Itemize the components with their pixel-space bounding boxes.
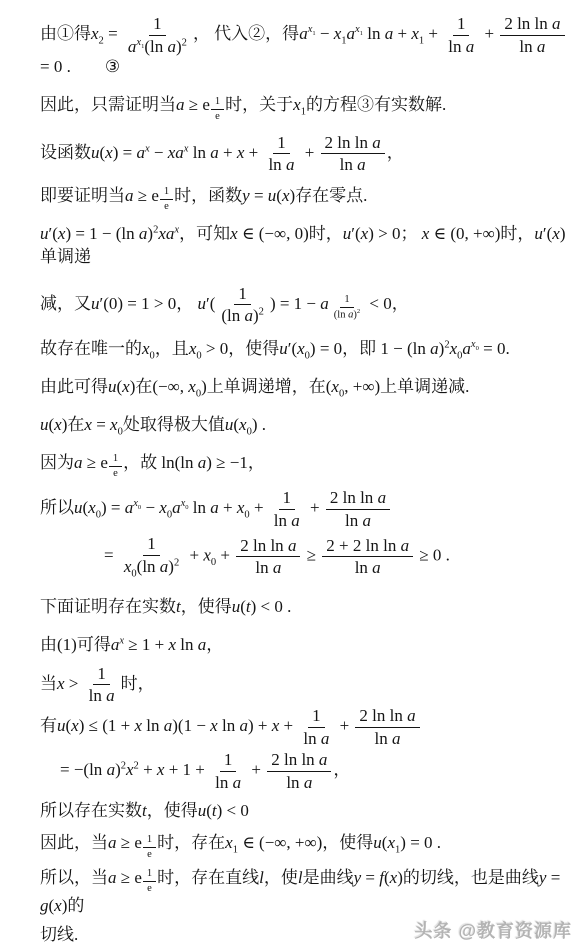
- math-line-20: 所以，当a ≥ e1e时，存在直线l，使l是曲线y = f(x)的切线，也是曲线…: [40, 867, 574, 918]
- math-line-5: u′(x) = 1 − (ln a)2xax，可知x ∈ (−∞, 0)时，u′…: [40, 223, 574, 267]
- math-line-11: 所以u(x0) = ax0 − x0ax0 ln a + x0 + 1ln a …: [40, 488, 574, 530]
- math-line-12: = 1x0(ln a)2 + x0 + 2 ln ln aln a ≥ 2 + …: [40, 534, 574, 579]
- math-line-16: 有u(x) ≤ (1 + x ln a)(1 − x ln a) + x + 1…: [40, 706, 574, 748]
- math-line-10: 因为a ≥ e1e，故 ln(ln a) ≥ −1，: [40, 452, 574, 481]
- math-line-4: 即要证明当a ≥ e1e时，函数y = u(x)存在零点.: [40, 185, 574, 214]
- math-line-13: 下面证明存在实数t，使得u(t) < 0 .: [40, 596, 574, 618]
- math-line-19: 因此，当a ≥ e1e时，存在x1 ∈ (−∞, +∞)，使得u(x1) = 0…: [40, 832, 574, 861]
- math-line-17: = −(ln a)2x2 + x + 1 + 1ln a + 2 ln ln a…: [40, 750, 574, 792]
- math-line-15: 当x > 1ln a时，: [40, 664, 574, 706]
- math-line-3: 设函数u(x) = ax − xax ln a + x + 1ln a + 2 …: [40, 133, 574, 175]
- math-line-8: 由此可得u(x)在(−∞, x0)上单调递增，在(x0, +∞)上单调递减.: [40, 376, 574, 400]
- math-line-9: u(x)在x = x0处取得极大值u(x0) .: [40, 414, 574, 438]
- document-page: 由①得x2 = 1ax1(ln a)2， 代入②，得ax1 − x1ax1 ln…: [0, 0, 584, 951]
- math-line-1: 由①得x2 = 1ax1(ln a)2， 代入②，得ax1 − x1ax1 ln…: [40, 14, 574, 78]
- math-line-18: 所以存在实数t，使得u(t) < 0: [40, 800, 574, 822]
- math-line-2: 因此，只需证明当a ≥ e1e时，关于x1的方程③有实数解.: [40, 94, 574, 123]
- math-line-14: 由(1)可得ax ≥ 1 + x ln a，: [40, 634, 574, 656]
- math-line-7: 故存在唯一的x0，且x0 > 0，使得u′(x0) = 0，即 1 − (ln …: [40, 338, 574, 362]
- watermark: 头条 @教育资源库: [414, 917, 572, 943]
- math-line-6: 减，又u′(0) = 1 > 0， u′(1(ln a)2) = 1 − a1(…: [40, 284, 574, 326]
